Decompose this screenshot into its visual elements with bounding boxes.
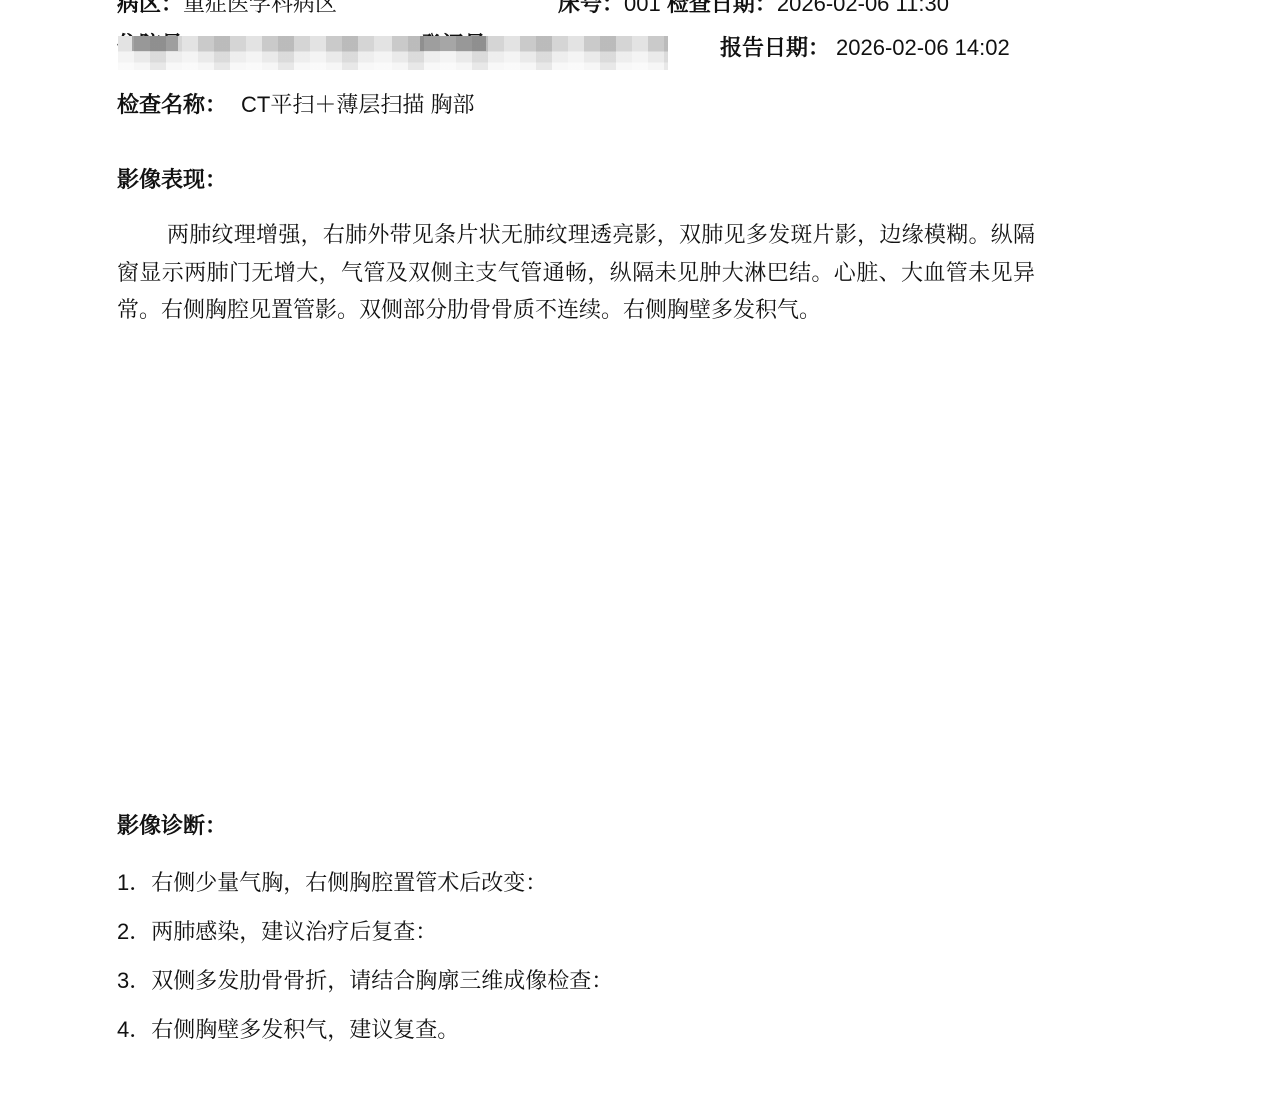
radiology-report-page: 病区：重症医学科病区 床号：001 检查日期：2026-02-06 11:30 … (0, 0, 1280, 1113)
ward-label: 病区： (117, 0, 183, 16)
ward-value: 重症医学科病区 (183, 0, 337, 16)
ward-field: 病区：重症医学科病区 (117, 0, 337, 16)
diagnosis-item-4: 4．右侧胸壁多发积气，建议复查。 (117, 1015, 1280, 1045)
findings-heading: 影像表现： (117, 163, 1280, 194)
report-date-label: 报告日期： (720, 35, 830, 60)
bed-label: 床号： (558, 0, 624, 16)
exam-name-value: CT平扫＋薄层扫描 胸部 (241, 92, 474, 117)
exam-date-label: 检查日期： (667, 0, 777, 16)
diagnosis-item-2: 2．两肺感染，建议治疗后复查： (117, 917, 1280, 947)
redaction-dark-cell-registration (420, 36, 486, 51)
report-date-field: 报告日期：2026-02-06 14:02 (720, 31, 1010, 62)
report-date-value: 2026-02-06 14:02 (836, 35, 1010, 60)
bed-and-examdate: 床号：001 检查日期：2026-02-06 11:30 (558, 0, 949, 18)
header-row-ward: 病区：重症医学科病区 床号：001 检查日期：2026-02-06 11:30 (117, 0, 1167, 18)
exam-name-row: 检查名称：CT平扫＋薄层扫描 胸部 (117, 88, 1280, 119)
diagnosis-item-1: 1．右侧少量气胸，右侧胸腔置管术后改变： (117, 868, 1280, 898)
exam-date-value: 2026-02-06 11:30 (777, 0, 949, 16)
findings-paragraph: 两肺纹理增强，右肺外带见条片状无肺纹理透亮影，双肺见多发斑片影，边缘模糊。纵隔窗… (117, 216, 1035, 329)
redaction-dark-cell-admission (132, 36, 178, 51)
diagnosis-list: 1．右侧少量气胸，右侧胸腔置管术后改变： 2．两肺感染，建议治疗后复查： 3．双… (117, 868, 1280, 1045)
bed-value: 001 (624, 0, 661, 16)
exam-name-label: 检查名称： (117, 92, 227, 117)
diagnosis-item-3: 3．双侧多发肋骨骨折，请结合胸廓三维成像检查： (117, 966, 1280, 996)
diagnosis-heading: 影像诊断： (117, 809, 1280, 840)
report-body: 检查名称：CT平扫＋薄层扫描 胸部 影像表现： 两肺纹理增强，右肺外带见条片状无… (0, 0, 1280, 1045)
